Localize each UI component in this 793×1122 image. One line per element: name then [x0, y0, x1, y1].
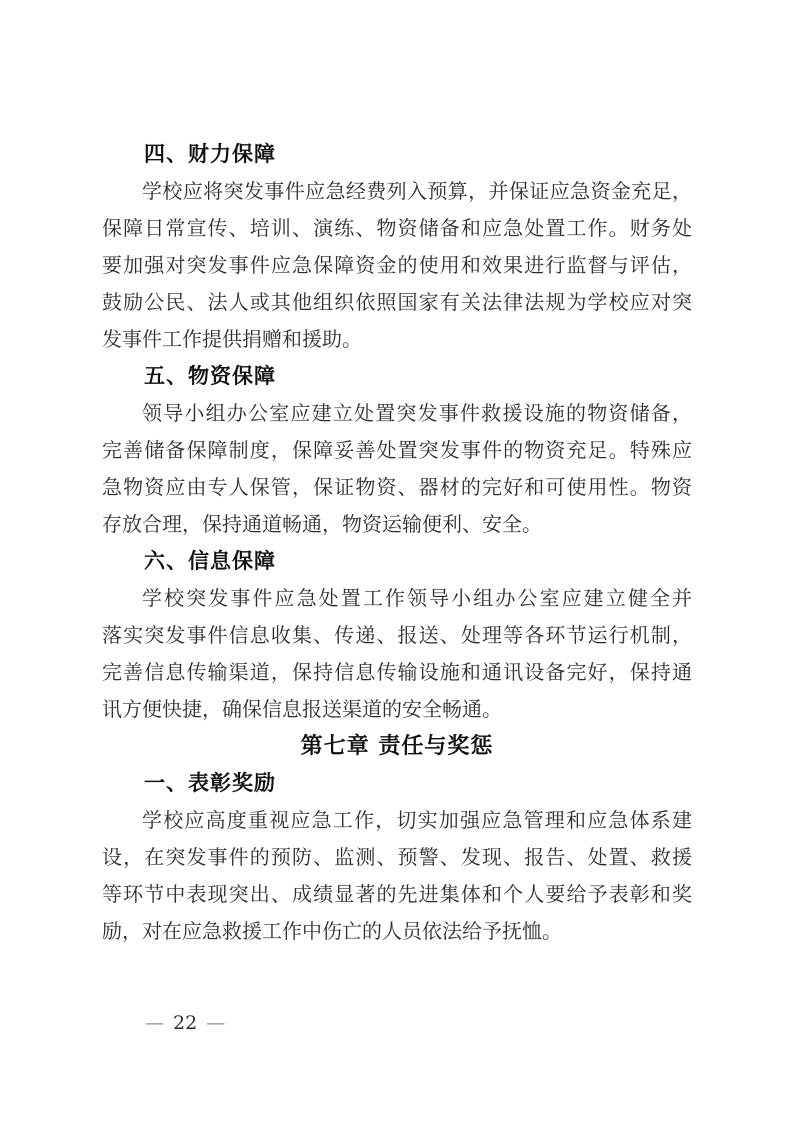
body-line: 存放合理，保持通道畅通，物资运输便利、安全。 [102, 506, 692, 543]
body-line: 讯方便快捷，确保信息报送渠道的安全畅通。 [102, 691, 692, 728]
body-line: 完善储备保障制度，保障妥善处置突发事件的物资充足。特殊应 [102, 432, 692, 469]
body-line: 鼓励公民、法人或其他组织依照国家有关法律法规为学校应对突 [102, 284, 692, 321]
body-line: 学校应将突发事件应急经费列入预算，并保证应急资金充足， [102, 173, 692, 210]
chapter-heading: 第七章 责任与奖惩 [102, 728, 692, 765]
body-line: 学校应高度重视应急工作，切实加强应急管理和应急体系建 [102, 802, 692, 839]
page-footer: —22— [136, 1008, 234, 1038]
body-line: 落实突发事件信息收集、传递、报送、处理等各环节运行机制， [102, 617, 692, 654]
section-heading-information: 六、信息保障 [102, 543, 692, 580]
body-line: 要加强对突发事件应急保障资金的使用和效果进行监督与评估， [102, 247, 692, 284]
text-column: 四、财力保障 学校应将突发事件应急经费列入预算，并保证应急资金充足， 保障日常宣… [102, 136, 692, 950]
section-heading-commendation: 一、表彰奖励 [102, 765, 692, 802]
body-line: 等环节中表现突出、成绩显著的先进集体和个人要给予表彰和奖 [102, 876, 692, 913]
body-line: 保障日常宣传、培训、演练、物资储备和应急处置工作。财务处 [102, 210, 692, 247]
body-line: 学校突发事件应急处置工作领导小组办公室应建立健全并 [102, 580, 692, 617]
section-heading-finance: 四、财力保障 [102, 136, 692, 173]
body-line: 领导小组办公室应建立处置突发事件救援设施的物资储备， [102, 395, 692, 432]
footer-right-dash: — [206, 1012, 225, 1034]
body-line: 发事件工作提供捐赠和援助。 [102, 321, 692, 358]
body-line: 急物资应由专人保管，保证物资、器材的完好和可使用性。物资 [102, 469, 692, 506]
body-line: 设，在突发事件的预防、监测、预警、发现、报告、处置、救援 [102, 839, 692, 876]
document-page: 四、财力保障 学校应将突发事件应急经费列入预算，并保证应急资金充足， 保障日常宣… [0, 0, 793, 1122]
body-line: 完善信息传输渠道，保持信息传输设施和通讯设备完好，保持通 [102, 654, 692, 691]
footer-left-dash: — [145, 1012, 164, 1034]
section-heading-materials: 五、物资保障 [102, 358, 692, 395]
body-line: 励，对在应急救援工作中伤亡的人员依法给予抚恤。 [102, 913, 692, 950]
page-number: 22 [173, 1012, 197, 1034]
